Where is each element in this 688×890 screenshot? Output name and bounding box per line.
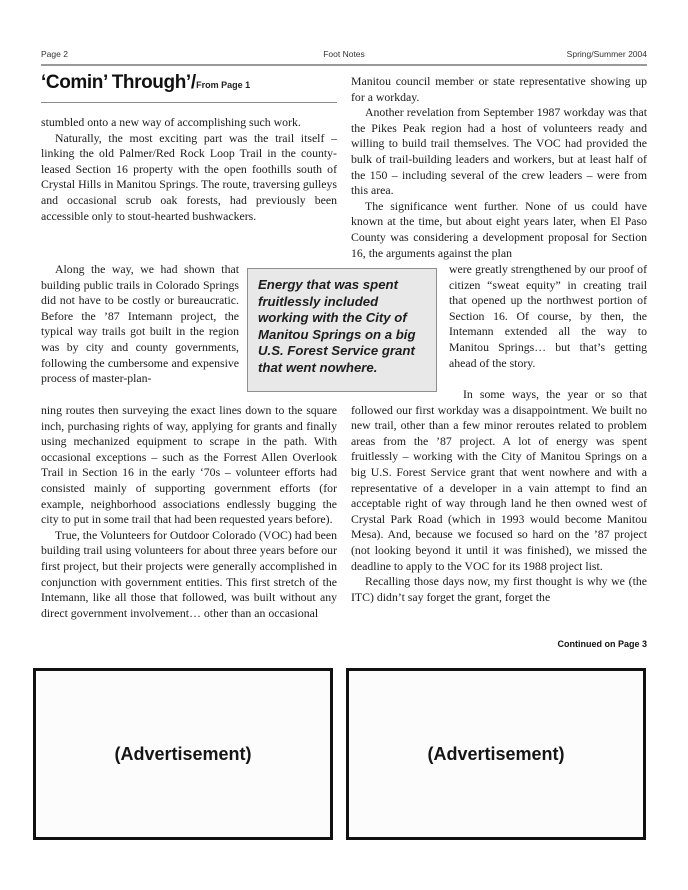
- paragraph: ning routes then surveying the exact lin…: [41, 403, 337, 528]
- paragraph: Naturally, the most exciting part was th…: [41, 131, 337, 225]
- paragraph: Another revelation from September 1987 w…: [351, 105, 647, 199]
- left-column-wrap: Along the way, we had shown that buildin…: [41, 262, 239, 387]
- paragraph: Along the way, we had shown that buildin…: [41, 262, 239, 387]
- paragraph: Manitou council member or state represen…: [351, 74, 647, 105]
- article-headline: ‘Comin’ Through’/From Page 1: [41, 72, 337, 94]
- running-head: Page 2 Foot Notes Spring/Summer 2004: [41, 49, 647, 63]
- paragraph: The significance went further. None of u…: [351, 199, 647, 261]
- publication-name: Foot Notes: [41, 49, 647, 59]
- advertisement-label: (Advertisement): [427, 744, 564, 765]
- headline-divider: [41, 102, 337, 103]
- left-column-bottom: ning routes then surveying the exact lin…: [41, 403, 337, 621]
- left-column-top: stumbled onto a new way of accomplishing…: [41, 115, 337, 224]
- pull-quote: Energy that was spent fruitlessly includ…: [247, 268, 437, 392]
- from-page-label: From Page 1: [196, 80, 250, 90]
- paragraph: stumbled onto a new way of accomplishing…: [41, 115, 337, 131]
- right-column-top: Manitou council member or state represen…: [351, 74, 647, 261]
- paragraph: In some ways, the year or so that follow…: [351, 387, 647, 574]
- advertisement-right[interactable]: (Advertisement): [346, 668, 646, 840]
- header-divider: [41, 64, 647, 66]
- issue-date: Spring/Summer 2004: [567, 49, 647, 59]
- paragraph: True, the Volunteers for Outdoor Colorad…: [41, 528, 337, 622]
- right-column-bottom: In some ways, the year or so that follow…: [351, 387, 647, 605]
- advertisement-label: (Advertisement): [114, 744, 251, 765]
- article-title: ‘Comin’ Through’: [41, 72, 191, 93]
- advertisement-left[interactable]: (Advertisement): [33, 668, 333, 840]
- paragraph: Recalling those days now, my first thoug…: [351, 574, 647, 605]
- paragraph: were greatly strengthened by our proof o…: [449, 262, 647, 371]
- right-column-wrap: were greatly strengthened by our proof o…: [449, 262, 647, 371]
- continued-on-link[interactable]: Continued on Page 3: [557, 639, 647, 649]
